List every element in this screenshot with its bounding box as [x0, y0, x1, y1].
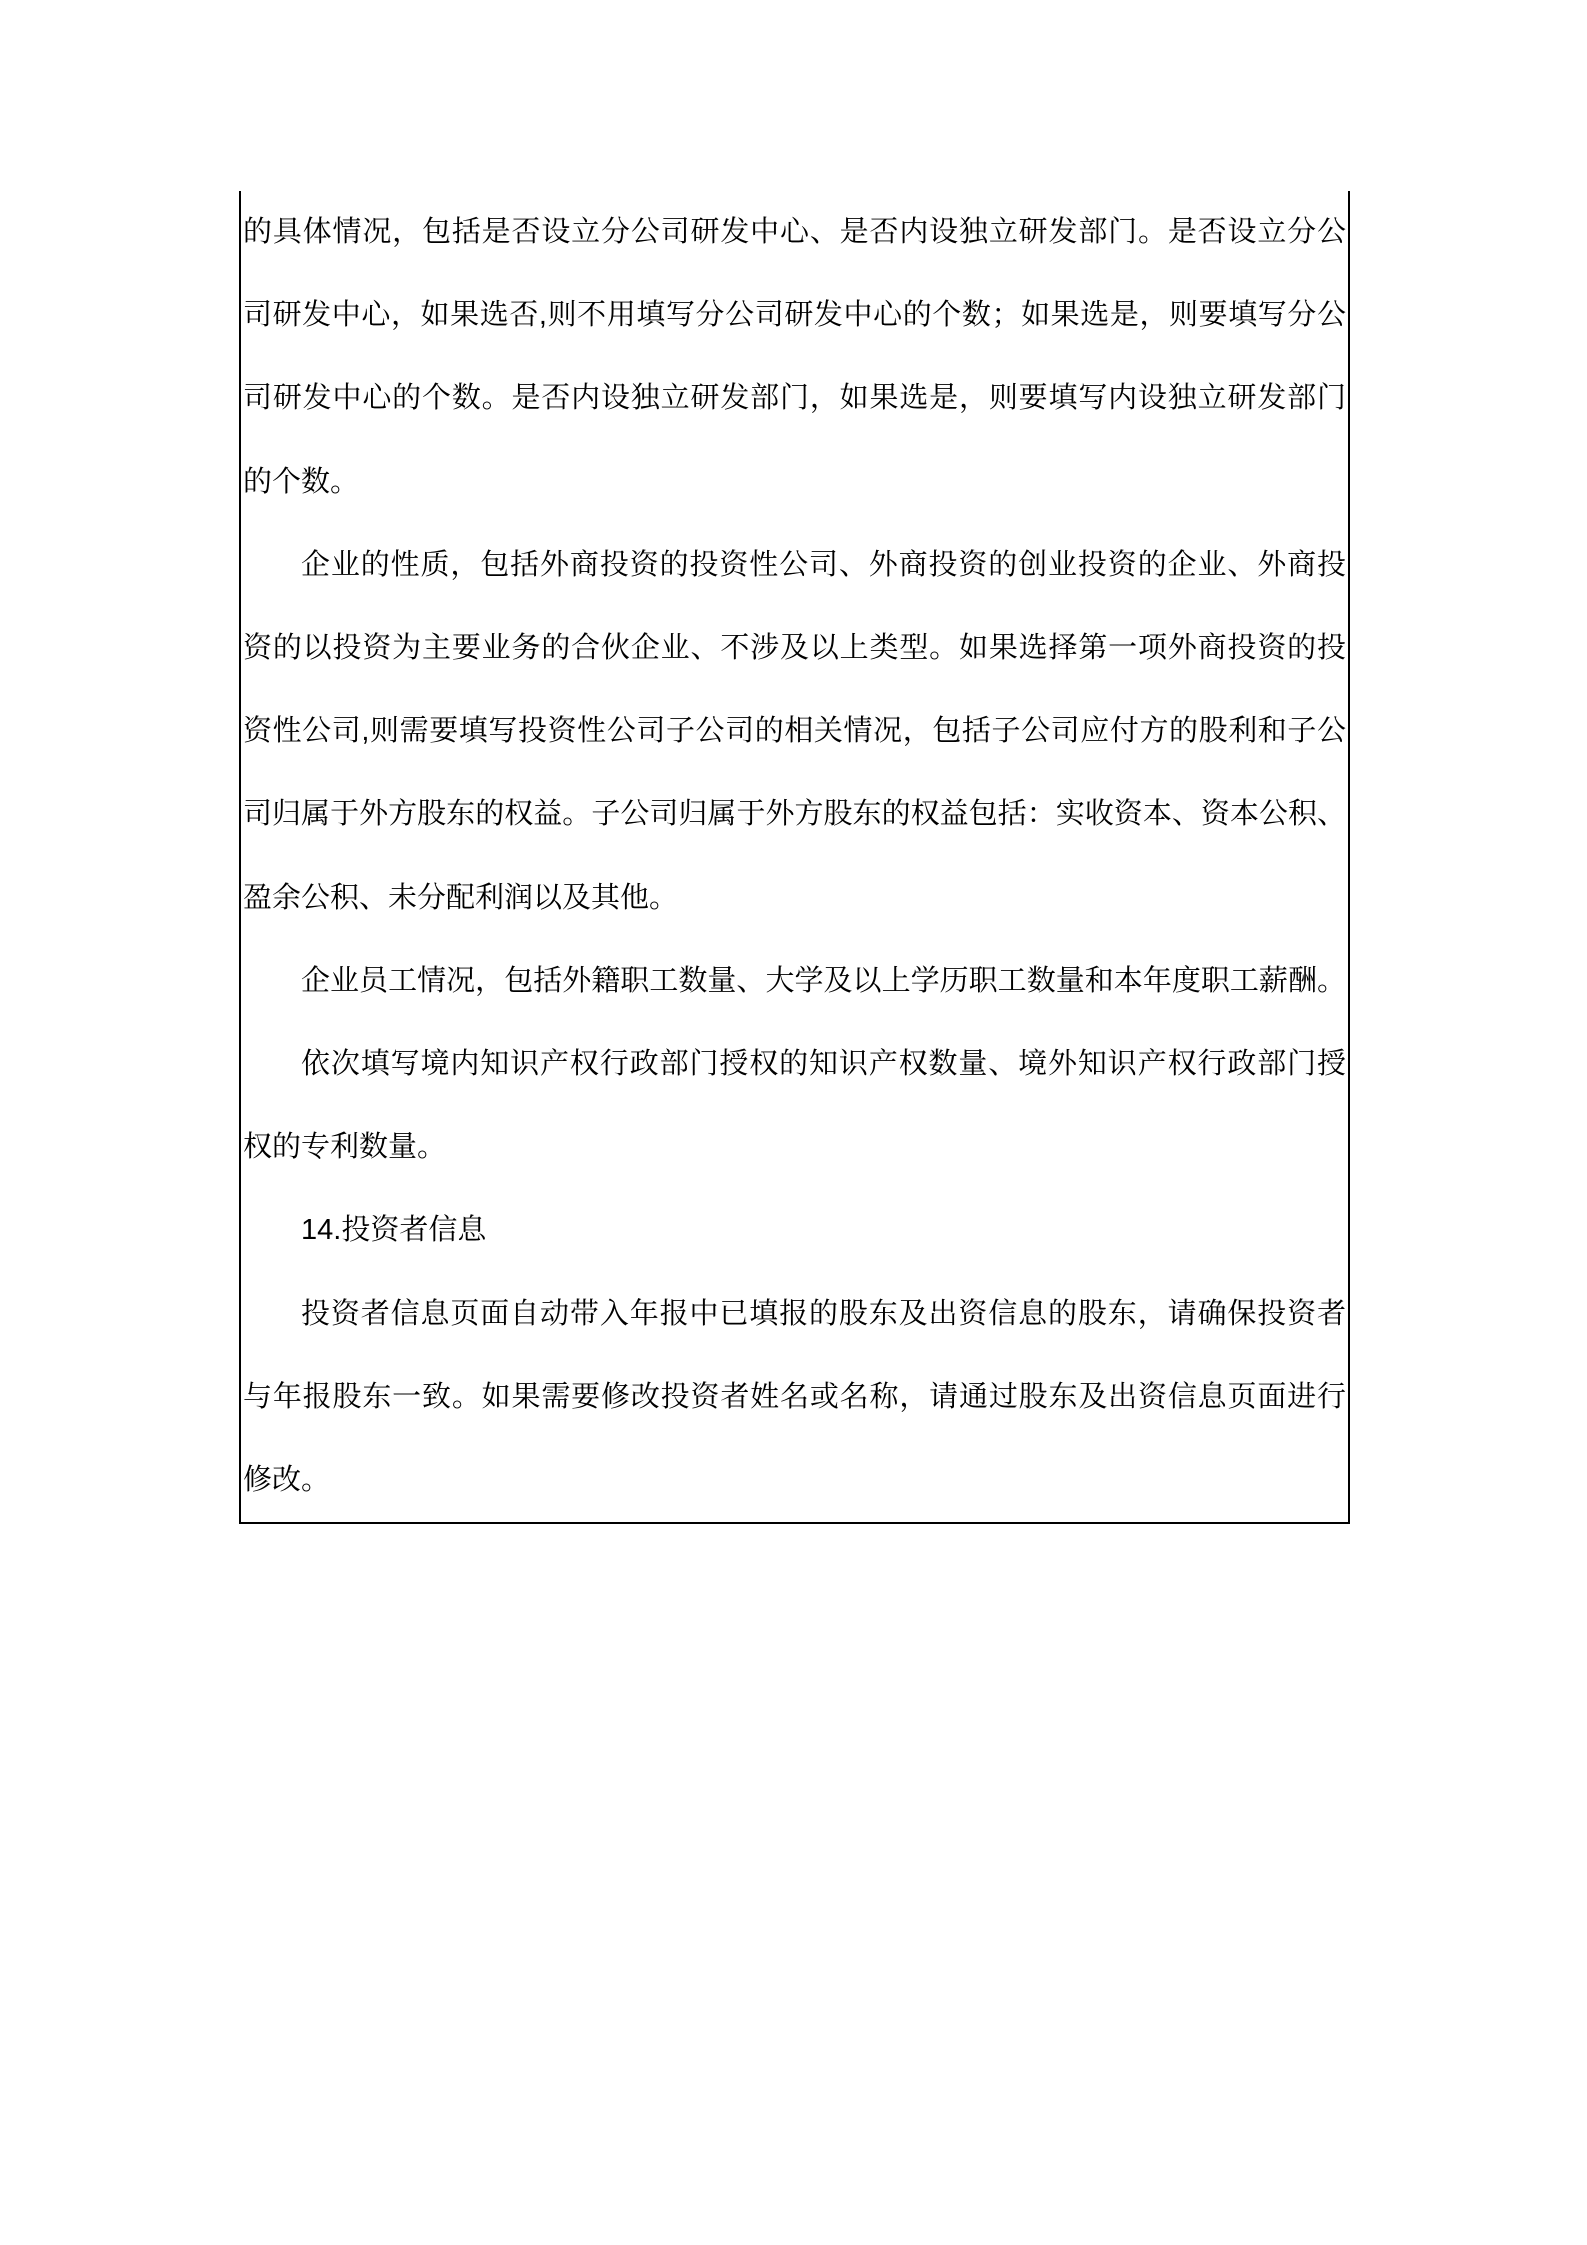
text-line: 修改。: [243, 1439, 1346, 1522]
section-heading-line: 14.投资者信息: [243, 1189, 1346, 1272]
text-line: 投资者信息页面自动带入年报中已填报的股东及出资信息的股东，请确保投资者: [243, 1273, 1346, 1356]
text-line: 司研发中心，如果选否,则不用填写分公司研发中心的个数；如果选是，则要填写分公: [243, 274, 1346, 357]
text-line: 与年报股东一致。如果需要修改投资者姓名或名称，请通过股东及出资信息页面进行: [243, 1356, 1346, 1439]
text-line: 企业的性质，包括外商投资的投资性公司、外商投资的创业投资的企业、外商投: [243, 524, 1346, 607]
text-line: 依次填写境内知识产权行政部门授权的知识产权数量、境外知识产权行政部门授: [243, 1023, 1346, 1106]
text-line: 的个数。: [243, 441, 1346, 524]
text-line: 资性公司,则需要填写投资性公司子公司的相关情况，包括子公司应付方的股利和子公: [243, 690, 1346, 773]
document-page: 的具体情况，包括是否设立分公司研发中心、是否内设独立研发部门。是否设立分公 司研…: [0, 0, 1587, 2245]
document-table-cell: 的具体情况，包括是否设立分公司研发中心、是否内设独立研发部门。是否设立分公 司研…: [239, 191, 1350, 1524]
text-line: 资的以投资为主要业务的合伙企业、不涉及以上类型。如果选择第一项外商投资的投: [243, 607, 1346, 690]
text-line: 司归属于外方股东的权益。子公司归属于外方股东的权益包括：实收资本、资本公积、: [243, 773, 1346, 856]
text-line: 司研发中心的个数。是否内设独立研发部门，如果选是，则要填写内设独立研发部门: [243, 357, 1346, 440]
text-line: 盈余公积、未分配利润以及其他。: [243, 857, 1346, 940]
text-line: 企业员工情况，包括外籍职工数量、大学及以上学历职工数量和本年度职工薪酬。: [243, 940, 1346, 1023]
text-line: 的具体情况，包括是否设立分公司研发中心、是否内设独立研发部门。是否设立分公: [243, 191, 1346, 274]
text-line: 权的专利数量。: [243, 1106, 1346, 1189]
